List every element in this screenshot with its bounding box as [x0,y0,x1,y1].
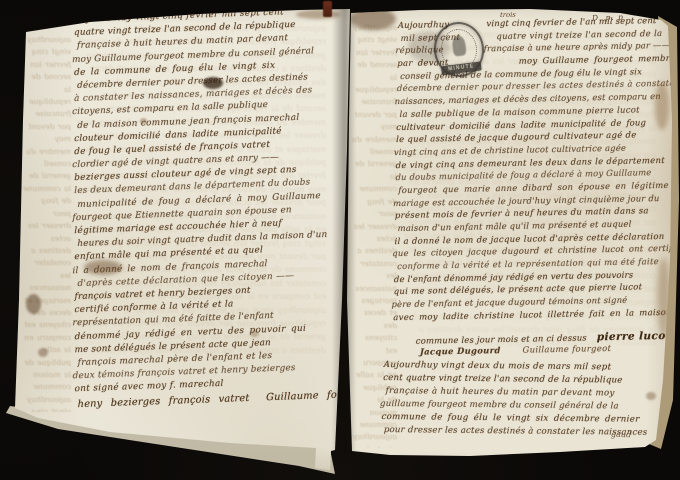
left-margin-bleedthrough: aujourdhuy vingt cinq fevrier lan second… [23,34,71,412]
binding-thread [323,1,332,17]
right-page-second-act: Aujourdhuy vingt deux du mois de mars mi… [380,360,656,441]
gutter-fold-shadow [332,8,356,460]
right-page-first-act: trois Aujourdhuy vingt cinq fevrier de l… [393,15,662,350]
catchword: gaud [611,430,631,440]
stamp-banner-text: MINUTE [448,64,475,73]
left-page-act-text: Aujourd'huy vingt cinq fevrier mil sept … [74,6,333,413]
interline-correction: trois [500,11,516,19]
signature-witness: Jacque Dugourd [420,345,501,357]
manuscript-register-scan: aujourdhuy vingt cinq fevrier lan second… [0,0,680,480]
official-stamp: MINUTE [430,18,489,81]
signature-registrar: Guillaume fourgeot [523,343,612,355]
